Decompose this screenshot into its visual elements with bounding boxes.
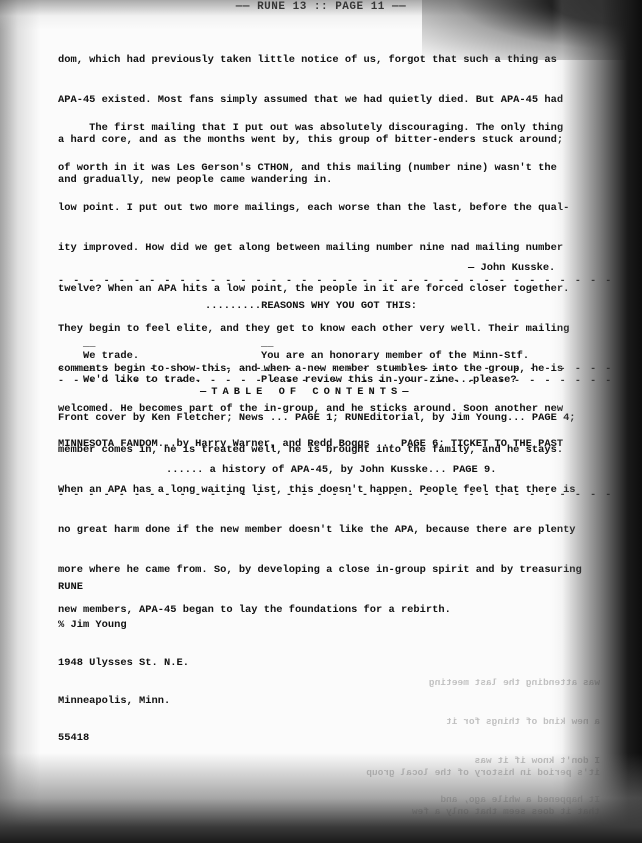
document-page: —— RUNE 13 :: PAGE 11 —— dom, which had …: [0, 0, 642, 843]
text-line: of worth in it was Les Gerson's CTHON, a…: [58, 162, 598, 175]
bleed-line: a new kind of things for it: [330, 715, 600, 728]
text-line: ity improved. How did we get along betwe…: [58, 242, 598, 255]
toc-line: Front cover by Ken Fletcher; News ... PA…: [58, 412, 576, 424]
scan-edge-left: [0, 0, 40, 843]
bleed-through-text: it's period in history of the local grou…: [60, 740, 600, 843]
checkbox-blank: __: [83, 338, 95, 350]
bleed-line: was attending the last meeting: [330, 676, 600, 689]
dashed-divider: - - - - - - - - - - - - - - - - - - - - …: [58, 490, 613, 501]
bleed-line: that it does seem that only a few: [60, 805, 600, 818]
text-line: dom, which had previously taken little n…: [58, 54, 598, 67]
mailing-address: RUNE % Jim Young 1948 Ulysses St. N.E. M…: [58, 556, 189, 770]
address-line: 1948 Ulysses St. N.E.: [58, 657, 189, 670]
dashed-divider: - - - - - - - - - - - - - - - - - - - - …: [58, 364, 613, 375]
toc-line: ...... a history of APA-45, by John Kuss…: [166, 464, 496, 476]
dashed-divider: - - - - - - - - - - - - - - - - - - - - …: [58, 276, 613, 287]
text-line: low point. I put out two more mailings, …: [58, 202, 598, 215]
text-line: no great harm done if the new member doe…: [58, 524, 598, 537]
toc-title: —TABLE OF CONTENTS—: [200, 386, 413, 398]
page-header: —— RUNE 13 :: PAGE 11 ——: [0, 1, 642, 13]
checkbox-blank: __: [261, 338, 273, 350]
address-line: % Jim Young: [58, 619, 189, 632]
address-line: RUNE: [58, 581, 189, 594]
toc-line: MINNESOTA FANDOM...by Harry Warner, and …: [58, 438, 563, 450]
bleed-line: it's period in history of the local grou…: [60, 766, 600, 779]
address-line: Minneapolis, Minn.: [58, 695, 189, 708]
article-signature: — John Kusske.: [468, 262, 555, 274]
text-line: The first mailing that I put out was abs…: [58, 122, 598, 135]
reasons-title: .........REASONS WHY YOU GOT THIS:: [205, 300, 417, 312]
